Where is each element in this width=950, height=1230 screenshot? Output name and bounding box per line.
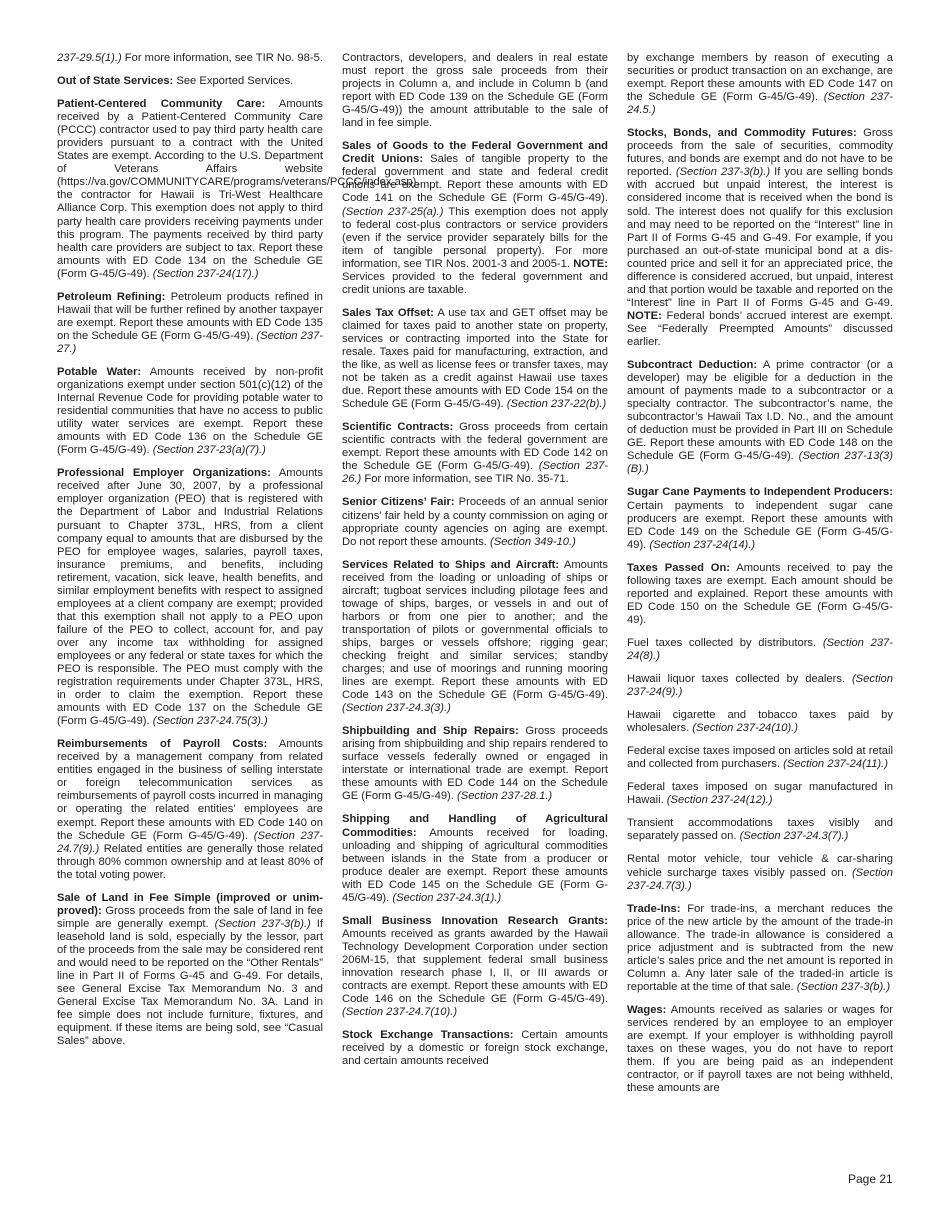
document-entry: Senior Citizens’ Fair: Proceeds of an an… (342, 496, 608, 548)
document-entry: Sugar Cane Payments to Independent Produ… (627, 486, 893, 551)
entry-text: If leasehold land is sold, especially by… (57, 918, 323, 1047)
document-entry: Stocks, Bonds, and Commodity Futures: Gr… (627, 127, 893, 349)
section-citation: (Section 237-24(12).) (667, 794, 773, 806)
entry-heading: Taxes Passed On: (627, 562, 730, 574)
section-citation: (Section 237-3(b).) (797, 981, 890, 993)
document-entry: Petroleum Refining: Petroleum products r… (57, 291, 323, 356)
entry-text: For more information, see TIR No. 98-5. (122, 52, 323, 64)
document-entry: Hawaii cigarette and tobacco taxes paid … (627, 709, 893, 735)
section-citation: (Section 237-24(10).) (692, 722, 798, 734)
document-entry: Federal taxes imposed on sugar manufactu… (627, 781, 893, 807)
document-entry: Sale of Land in Fee Simple (improved or … (57, 892, 323, 1049)
entry-heading: Reimbursements of Payroll Costs: (57, 738, 267, 750)
entry-text: Contractors, developers, and dealers in … (342, 52, 608, 129)
document-entry: Rental motor vehicle, tour vehicle & car… (627, 853, 893, 892)
section-citation: (Section 237-24.75(3).) (153, 715, 268, 727)
entry-heading: Wages: (627, 1004, 666, 1016)
entry-text: Hawaii liquor taxes collected by dealers… (627, 673, 852, 685)
entry-text: For more infor­mation, see TIR No. 35-71… (361, 473, 568, 485)
column-3: by exchange members by reason of execut­… (627, 52, 893, 1105)
document-entry: Sales Tax Offset: A use tax and GET offs… (342, 307, 608, 411)
section-citation: 237-29.5(1).) (57, 52, 122, 64)
entry-heading: Petroleum Refining: (57, 291, 165, 303)
entry-heading: Sugar Cane Payments to Independent Produ… (627, 486, 893, 498)
section-citation: (Section 237-28.1.) (457, 790, 552, 802)
section-citation: (Section 237-23(a)(7).) (153, 444, 266, 456)
entry-heading: Senior Citizens’ Fair: (342, 496, 455, 508)
section-citation: (Section 237-24.7(10).) (342, 1006, 457, 1018)
document-entry: Potable Water: Amounts received by non-p… (57, 366, 323, 457)
section-citation: (Section 237-24.3(1).) (392, 892, 501, 904)
note-label: NOTE: (573, 258, 608, 270)
document-entry: Contractors, developers, and dealers in … (342, 52, 608, 130)
document-entry: Trade-Ins: For trade-ins, a merchant red… (627, 903, 893, 994)
document-entry: Out of State Services: See Exported Serv… (57, 75, 323, 88)
section-citation: (Section 237-24(11).) (783, 758, 888, 770)
entry-text: Services provided to the federal governm… (342, 271, 608, 296)
column-2: Contractors, developers, and dealers in … (342, 52, 608, 1078)
entry-text: Amounts received by non-profit organizat… (57, 366, 323, 456)
document-entry: Scientific Contracts: Gross proceeds fro… (342, 421, 608, 486)
document-entry: Patient-Centered Community Care: Amounts… (57, 98, 323, 281)
entry-heading: Sales Tax Offset: (342, 307, 434, 319)
entry-heading: Scientific Contracts: (342, 421, 453, 433)
document-entry: Transient accommodations taxes visibly a… (627, 817, 893, 843)
section-citation: (Section 237-24.3(7).) (740, 830, 849, 842)
document-page: 237-29.5(1).) For more information, see … (0, 0, 950, 1230)
section-citation: (Section 237-3(b).) (676, 166, 770, 178)
entry-heading: Out of State Services: (57, 75, 173, 87)
document-entry: Taxes Passed On: Amounts received to pay… (627, 562, 893, 627)
entry-heading: Trade-Ins: (627, 903, 680, 915)
entry-heading: Patient-Centered Community Care: (57, 98, 265, 110)
document-entry: Sales of Goods to the Federal Government… (342, 140, 608, 297)
document-entry: 237-29.5(1).) For more information, see … (57, 52, 323, 65)
entry-text: Fuel taxes collected by distributors. (627, 637, 823, 649)
document-entry: Stock Exchange Transactions: Certain amo… (342, 1029, 608, 1068)
entry-heading: Small Business Innovation Research Grant… (342, 915, 608, 927)
document-entry: Federal excise taxes imposed on articles… (627, 745, 893, 771)
document-entry: Shipping and Handling of Agricultural Co… (342, 813, 608, 904)
section-citation: (Section 237-24(14).) (649, 539, 755, 551)
entry-heading: Shipbuilding and Ship Repairs: (342, 725, 519, 737)
document-entry: Shipbuilding and Ship Repairs: Gross pro… (342, 725, 608, 803)
document-entry: Professional Employer Organizations: Amo… (57, 467, 323, 728)
entry-heading: Professional Employer Organizations: (57, 467, 271, 479)
page-number: Page 21 (848, 1172, 893, 1186)
entry-text: Amounts received as grants awarded by th… (342, 928, 608, 1005)
entry-text: For trade-ins, a merchant reduces the pr… (627, 903, 893, 993)
entry-heading: Potable Water: (57, 366, 141, 378)
entry-heading: Stock Exchange Transactions: (342, 1029, 514, 1041)
document-entry: Reimbursements of Payroll Costs: Amounts… (57, 738, 323, 882)
document-entry: by exchange members by reason of execut­… (627, 52, 893, 117)
section-citation: (Section 237-24.3(3).) (342, 702, 451, 714)
entry-text: A use tax and GET offset may be claimed … (342, 307, 608, 410)
entry-text: Federal bonds’ accrued interest are exem… (627, 310, 893, 348)
document-entry: Hawaii liquor taxes collected by dealers… (627, 673, 893, 699)
note-label: NOTE: (627, 310, 662, 322)
document-entry: Subcontract Deduction: A prime contracto… (627, 359, 893, 476)
document-entry: Services Related to Ships and Aircraft: … (342, 559, 608, 716)
entry-heading: Stocks, Bonds, and Commodity Futures: (627, 127, 857, 139)
document-entry: Small Business Innovation Research Grant… (342, 915, 608, 1019)
entry-text: If you are selling bonds with accrued bu… (627, 166, 893, 308)
document-entry: Wages: Amounts received as salaries or w… (627, 1004, 893, 1095)
section-citation: (Section 237-25(a).) (342, 206, 443, 218)
section-citation: (Section 349-10.) (490, 536, 576, 548)
entry-heading: Services Related to Ships and Aircraft: (342, 559, 559, 571)
entry-text: Amounts received after June 30, 2007, by… (57, 467, 323, 727)
entry-text: Amounts received as salaries or wag­es f… (627, 1004, 893, 1094)
entry-text: Amounts received from the loading or unl… (342, 559, 608, 701)
entry-text: A prime contractor (or a developer) may … (627, 359, 893, 462)
section-citation: (Section 237-3(b).) (215, 918, 311, 930)
entry-heading: Subcontract Deduction: (627, 359, 757, 371)
column-1: 237-29.5(1).) For more information, see … (57, 52, 323, 1058)
entry-text: Amounts received by a management company… (57, 738, 323, 841)
section-citation: (Section 237-22(b).) (507, 398, 607, 410)
section-citation: (Section 237-24(17).) (153, 268, 259, 280)
entry-text: See Exported Services. (173, 75, 293, 87)
document-entry: Fuel taxes collected by distributors. (S… (627, 637, 893, 663)
